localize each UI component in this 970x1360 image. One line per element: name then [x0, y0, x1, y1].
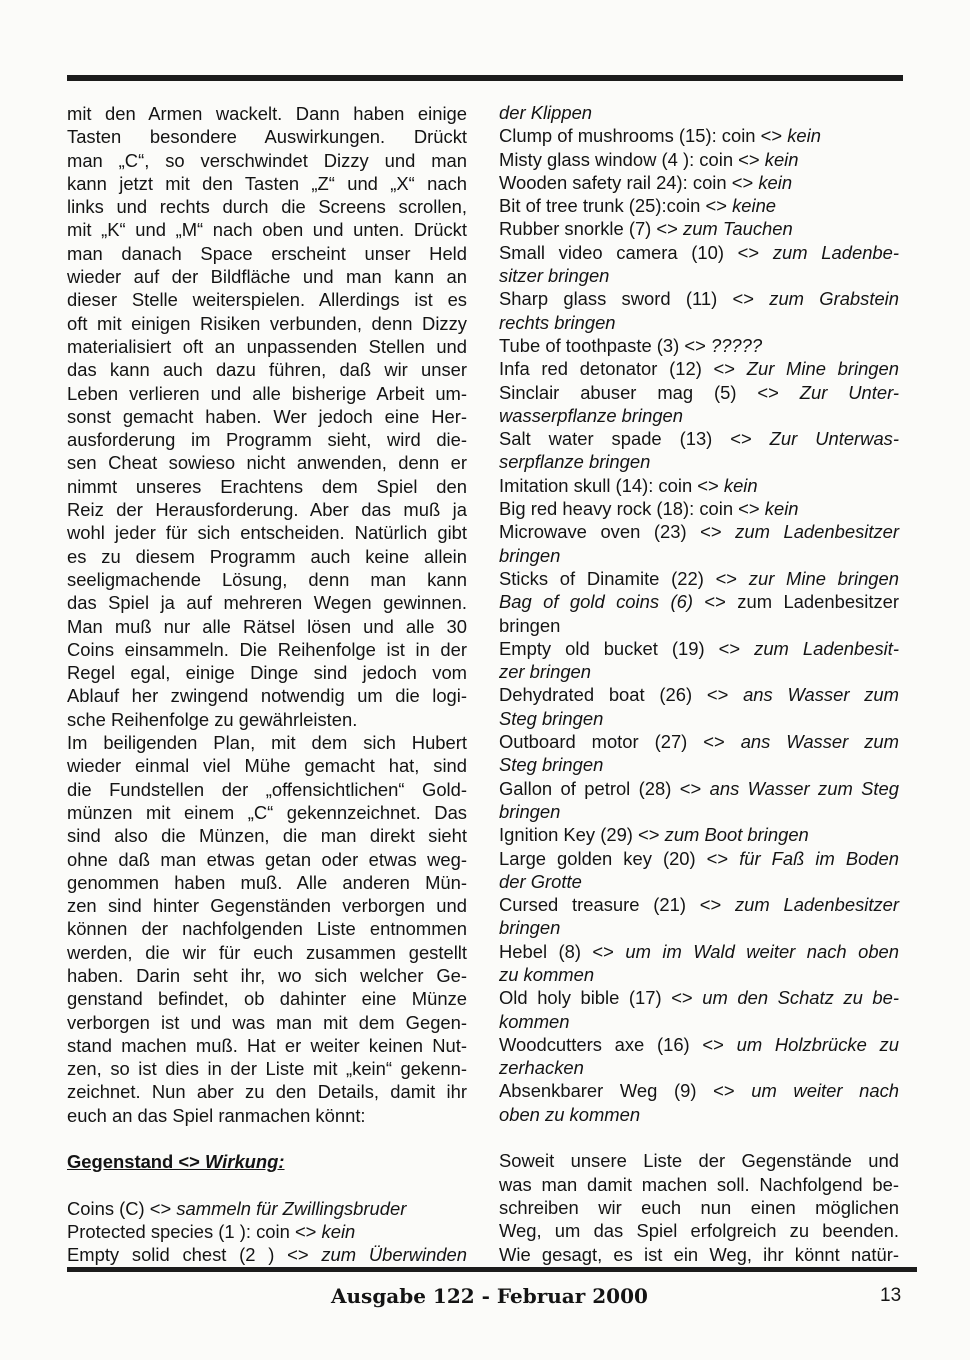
item-name: Empty old bucket (19) <>: [499, 638, 754, 659]
list-item-line: zer bringen: [499, 660, 899, 683]
list-item-line: kommen: [499, 1010, 899, 1033]
item-effect: zum Grabstein: [769, 288, 899, 309]
item-name: Tube of toothpaste (3) <>: [499, 335, 711, 356]
text-line: können der nachfolgenden Liste entnommen: [67, 917, 467, 940]
text-line: Regel egal, einige Dinge sind jedoch vom: [67, 661, 467, 684]
item-name: Salt water spade (13) <>: [499, 428, 770, 449]
list-item-line: Large golden key (20) <> für Faß im Bode…: [499, 847, 899, 870]
list-item-line: Woodcutters axe (16) <> um Holzbrücke zu: [499, 1033, 899, 1056]
item-effect: der Grotte: [499, 871, 582, 892]
text-line: was man damit machen soll. Nachfolgend b…: [499, 1173, 899, 1196]
item-list-continued: Clump of mushrooms (15): coin <> keinMis…: [499, 124, 899, 1126]
item-name: Hebel (8) <>: [499, 941, 625, 962]
list-item-line: Absenkbarer Weg (9) <> um weiter nach: [499, 1079, 899, 1102]
item-effect: zerhacken: [499, 1057, 584, 1078]
item-name: Protected species (1 ): coin <>: [67, 1221, 322, 1242]
list-item-line: Sinclair abuser mag (5) <> Zur Unter-: [499, 381, 899, 404]
item-effect: zu kommen: [499, 964, 594, 985]
item-effect: kein: [322, 1221, 356, 1242]
item-effect: für Faß im Boden: [739, 848, 899, 869]
left-column: mit den Armen wackelt. Dann haben einige…: [67, 102, 467, 1267]
text-line: Weg, um das Spiel erfolgreich zu beenden…: [499, 1219, 899, 1242]
list-item-line: Microwave oven (23) <> zum Ladenbesitzer: [499, 520, 899, 543]
paragraph-plan: Im beiligenden Plan, mit dem sich Hubert…: [67, 731, 467, 1127]
text-line: Im beiligenden Plan, mit dem sich Hubert: [67, 731, 467, 754]
item-name: Bit of tree trunk (25):coin <>: [499, 195, 732, 216]
item-effect: zum Überwinden: [321, 1244, 467, 1265]
text-line: ausforderung im Programm sieht, wird die…: [67, 428, 467, 451]
list-item-line: der Grotte: [499, 870, 899, 893]
item-effect: zum Ladenbesitzer: [735, 521, 899, 542]
list-item: Protected species (1 ): coin <> kein: [67, 1220, 467, 1243]
text-line: seeligmachende Lösung, denn man kann: [67, 568, 467, 591]
text-line: euch an das Spiel ranmachen könnt:: [67, 1104, 467, 1127]
item-name: Cursed treasure (21) <>: [499, 894, 735, 915]
text-line: Ablauf her zwingend notwendig um die log…: [67, 684, 467, 707]
list-item-line: Gallon of petrol (28) <> ans Wasser zum …: [499, 777, 899, 800]
list-item-line: bringen: [499, 544, 899, 567]
text-line: wohl jeder für sich entscheiden. Natürli…: [67, 521, 467, 544]
text-line: das kann auch dazu führen, daß wir unser: [67, 358, 467, 381]
item-effect: ans Wasser zum: [741, 731, 899, 752]
item-name: Wooden safety rail 24): coin <>: [499, 172, 758, 193]
item-name: Microwave oven (23) <>: [499, 521, 735, 542]
text-line: sen Cheat sowieso nicht anwenden, denn e…: [67, 451, 467, 474]
item-effect: zum Ladenbe-: [773, 242, 899, 263]
item-effect: oben zu kommen: [499, 1104, 640, 1125]
list-item-line: wasserpflanze bringen: [499, 404, 899, 427]
text-line: mit den Armen wackelt. Dann haben einige: [67, 102, 467, 125]
item-effect: zum Ladenbesitzer: [735, 894, 899, 915]
text-line: es zu diesem Programm auch keine allein: [67, 545, 467, 568]
list-item-line: Ignition Key (29) <> zum Boot bringen: [499, 823, 899, 846]
list-item: Coins (C) <> sammeln für Zwillingsbruder: [67, 1197, 467, 1220]
item-effect: zur Mine bringen: [749, 568, 899, 589]
list-item-line: Clump of mushrooms (15): coin <> kein: [499, 124, 899, 147]
text-line: wieder einmal viel Mühe gemacht hat, sin…: [67, 754, 467, 777]
item-name: Outboard motor (27) <>: [499, 731, 741, 752]
list-item-line: Sticks of Dinamite (22) <> zur Mine brin…: [499, 567, 899, 590]
text-line: Wie gesagt, es ist ein Weg, ihr könnt na…: [499, 1243, 899, 1266]
text-line: münzen mit einem „C“ gekennzeichnet. Das: [67, 801, 467, 824]
text-line: zen, so ist dies in der Liste mit „kein“…: [67, 1057, 467, 1080]
spacer: [67, 1173, 467, 1196]
item-effect: Zur Unterwas-: [770, 428, 899, 449]
text-line: wieder auf der Bildfläche und man kann a…: [67, 265, 467, 288]
item-name: Clump of mushrooms (15): coin <>: [499, 125, 787, 146]
item-effect: zer bringen: [499, 661, 591, 682]
list-item-line: Dehydrated boat (26) <> ans Wasser zum: [499, 683, 899, 706]
item-name: Empty solid chest (2 ) <>: [67, 1244, 321, 1265]
text-line: Tasten besondere Auswirkungen. Drückt: [67, 125, 467, 148]
text-line: mit „K“ und „M“ nach oben und unten. Drü…: [67, 218, 467, 241]
item-name: Coins (C) <>: [67, 1198, 176, 1219]
item-effect: keine: [732, 195, 776, 216]
item-name: Bag of gold coins (6): [499, 591, 693, 612]
item-list-start: Coins (C) <> sammeln für Zwillingsbruder…: [67, 1197, 467, 1267]
text-line: Coins einsammeln. Die Reihenfolge ist in…: [67, 638, 467, 661]
item-name: Old holy bible (17) <>: [499, 987, 702, 1008]
paragraph-closing: Soweit unsere Liste der Gegenstände und …: [499, 1149, 899, 1265]
list-item-line: rechts bringen: [499, 311, 899, 334]
list-item-line: bringen: [499, 800, 899, 823]
list-item-line: Outboard motor (27) <> ans Wasser zum: [499, 730, 899, 753]
item-effect: bringen: [499, 917, 560, 938]
text-line: das Spiel ja auf mehreren Wegen gewinnen…: [67, 591, 467, 614]
item-effect: Zur Mine bringen: [747, 358, 899, 379]
item-name: bringen: [499, 615, 560, 636]
item-effect: um den Schatz zu be-: [702, 987, 899, 1008]
issue-footer: Ausgabe 122 - Februar 2000: [331, 1284, 648, 1308]
list-item-line: Wooden safety rail 24): coin <> kein: [499, 171, 899, 194]
list-item-line: Sharp glass sword (11) <> zum Grabstein: [499, 287, 899, 310]
text-line: Leben verlieren und alle bisherige Arbei…: [67, 382, 467, 405]
paragraph-cheat: mit den Armen wackelt. Dann haben einige…: [67, 102, 467, 731]
text-line: dieser Stelle weiterspielen. Allerdings …: [67, 288, 467, 311]
item-effect: zum Boot bringen: [665, 824, 809, 845]
item-name: Rubber snorkle (7) <>: [499, 218, 683, 239]
item-effect: rechts bringen: [499, 312, 616, 333]
text-line: nimmt unseres Erachtens dem Spiel den: [67, 475, 467, 498]
item-name: Sticks of Dinamite (22) <>: [499, 568, 749, 589]
item-name: Ignition Key (29) <>: [499, 824, 665, 845]
text-line: genommen haben muß. Alle anderen Mün-: [67, 871, 467, 894]
list-item: Empty solid chest (2 ) <> zum Überwinden: [67, 1243, 467, 1266]
text-line: stand machen muß. Hat er weiter keinen N…: [67, 1034, 467, 1057]
text-line: materialisiert oft an unpassenden Stelle…: [67, 335, 467, 358]
text-line: schreiben wir euch nun einen möglichen: [499, 1196, 899, 1219]
item-effect: ans Wasser zum Steg: [710, 778, 899, 799]
item-effect: um Holzbrücke zu: [737, 1034, 899, 1055]
text-line: Soweit unsere Liste der Gegenstände und: [499, 1149, 899, 1172]
item-name: Big red heavy rock (18): coin <>: [499, 498, 765, 519]
list-item-line: Cursed treasure (21) <> zum Ladenbesitze…: [499, 893, 899, 916]
page-number: 13: [880, 1285, 901, 1307]
item-effect: zum Tauchen: [683, 218, 793, 239]
item-name: Woodcutters axe (16) <>: [499, 1034, 737, 1055]
text-line: genstand befindet, ob dahinter eine Münz…: [67, 987, 467, 1010]
list-item-line: Hebel (8) <> um im Wald weiter nach oben: [499, 940, 899, 963]
item-effect: Zur Unter-: [800, 382, 899, 403]
list-item-line: Rubber snorkle (7) <> zum Tauchen: [499, 217, 899, 240]
item-name: Dehydrated boat (26) <>: [499, 684, 743, 705]
item-effect: sammeln für Zwillingsbruder: [176, 1198, 406, 1219]
text-line: ohne daß man etwas getan oder etwas weg-: [67, 848, 467, 871]
list-item-line: Imitation skull (14): coin <> kein: [499, 474, 899, 497]
list-item-line: Salt water spade (13) <> Zur Unterwas-: [499, 427, 899, 450]
item-name: Small video camera (10) <>: [499, 242, 773, 263]
item-effect: um weiter nach: [751, 1080, 899, 1101]
item-name: Imitation skull (14): coin <>: [499, 475, 724, 496]
text-line: Man muß nur alle Rätsel lösen und alle 3…: [67, 615, 467, 638]
text-line: oft mit einigen Risiken verbunden, denn …: [67, 312, 467, 335]
list-item-line: serpflanze bringen: [499, 450, 899, 473]
text-line: sonst gemacht haben. Wer jedoch eine Her…: [67, 405, 467, 428]
list-item-line: Bit of tree trunk (25):coin <> keine: [499, 194, 899, 217]
list-continuation: der Klippen: [499, 101, 899, 124]
item-effect: kein: [724, 475, 758, 496]
text-line: werden, die wir für euch zusammen gestel…: [67, 941, 467, 964]
text-line: man danach Space erscheint unser Held: [67, 242, 467, 265]
text-line: man „C“, so verschwindet Dizzy und man: [67, 149, 467, 172]
list-item-line: bringen: [499, 614, 899, 637]
heading-gegenstand: Gegenstand <>: [67, 1151, 205, 1172]
right-column: der Klippen Clump of mushrooms (15): coi…: [499, 101, 899, 1266]
item-name: Sinclair abuser mag (5) <>: [499, 382, 800, 403]
list-item-line: Tube of toothpaste (3) <> ?????: [499, 334, 899, 357]
list-heading: Gegenstand <> Wirkung:: [67, 1150, 467, 1173]
item-effect: kein: [765, 498, 799, 519]
text-line: haben. Darin seht ihr, wo sich welcher G…: [67, 964, 467, 987]
item-name: Sharp glass sword (11) <>: [499, 288, 769, 309]
text-line: zen sind hinter Gegenständen verborgen u…: [67, 894, 467, 917]
list-item-line: Steg bringen: [499, 707, 899, 730]
item-effect: kein: [758, 172, 792, 193]
text-line: kann jetzt mit den Tasten „Z“ und „X“ na…: [67, 172, 467, 195]
list-item-line: Old holy bible (17) <> um den Schatz zu …: [499, 986, 899, 1009]
item-name: Misty glass window (4 ): coin <>: [499, 149, 765, 170]
list-item-line: Bag of gold coins (6) <> zum Ladenbesitz…: [499, 590, 899, 613]
item-effect: kein: [765, 149, 799, 170]
item-effect: Steg bringen: [499, 754, 603, 775]
item-effect: Steg bringen: [499, 708, 603, 729]
item-effect: um im Wald weiter nach oben: [625, 941, 899, 962]
item-effect: ?????: [711, 335, 762, 356]
heading-wirkung: Wirkung:: [205, 1151, 285, 1172]
item-effect: zum Ladenbesit-: [754, 638, 899, 659]
item-effect: wasserpflanze bringen: [499, 405, 683, 426]
item-effect: ans Wasser zum: [743, 684, 899, 705]
list-item-line: bringen: [499, 916, 899, 939]
item-effect: kommen: [499, 1011, 570, 1032]
item-effect: kein: [787, 125, 821, 146]
text-line: verborgen ist und was man mit dem Gegen-: [67, 1011, 467, 1034]
item-name: Gallon of petrol (28) <>: [499, 778, 710, 799]
list-item-line: Small video camera (10) <> zum Ladenbe-: [499, 241, 899, 264]
bottom-rule: [67, 1267, 917, 1272]
list-item-line: Misty glass window (4 ): coin <> kein: [499, 148, 899, 171]
item-effect: bringen: [499, 801, 560, 822]
top-rule: [67, 75, 903, 81]
list-item-line: Steg bringen: [499, 753, 899, 776]
item-name: Large golden key (20) <>: [499, 848, 739, 869]
list-item-line: Empty old bucket (19) <> zum Ladenbesit-: [499, 637, 899, 660]
list-item-line: oben zu kommen: [499, 1103, 899, 1126]
list-item-line: zerhacken: [499, 1056, 899, 1079]
text-line: zeichnet. Nun aber zu den Details, damit…: [67, 1080, 467, 1103]
list-item-line: zu kommen: [499, 963, 899, 986]
list-item-line: sitzer bringen: [499, 264, 899, 287]
list-item-line: Big red heavy rock (18): coin <> kein: [499, 497, 899, 520]
item-effect: serpflanze bringen: [499, 451, 650, 472]
item-name: Infa red detonator (12) <>: [499, 358, 747, 379]
text-line: sind also die Münzen, die man direkt sie…: [67, 824, 467, 847]
item-name: Absenkbarer Weg (9) <>: [499, 1080, 751, 1101]
item-effect: <> zum Ladenbesitzer: [693, 591, 899, 612]
text-line: links und rechts durch die Screens scrol…: [67, 195, 467, 218]
item-effect: sitzer bringen: [499, 265, 609, 286]
text-line: sche Reihenfolge zu gewährleisten.: [67, 708, 467, 731]
text-line: Reiz der Herausforderung. Aber das muß j…: [67, 498, 467, 521]
spacer: [499, 1126, 899, 1149]
list-item-line: Infa red detonator (12) <> Zur Mine brin…: [499, 357, 899, 380]
item-effect: bringen: [499, 545, 560, 566]
text-line: die Fundstellen der „offensichtlichen“ G…: [67, 778, 467, 801]
